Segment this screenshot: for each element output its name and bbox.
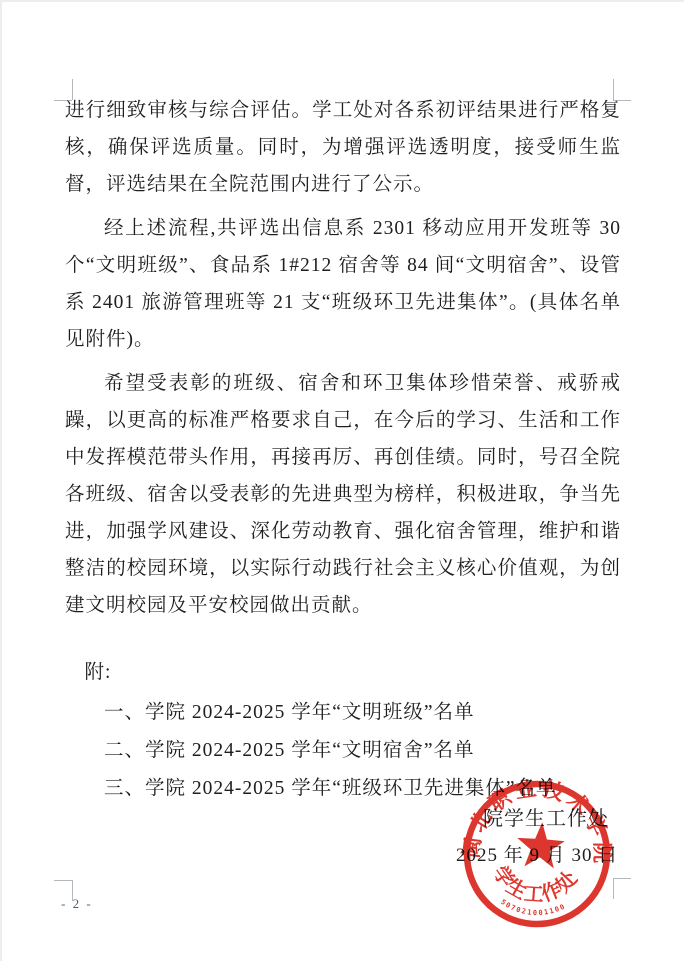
page-number: - 2 -	[61, 896, 93, 912]
document-page: 进行细致审核与综合评估。学工处对各系初评结果进行严格复核，确保评选质量。同时，为…	[0, 0, 684, 961]
document-body: 进行细致审核与综合评估。学工处对各系初评结果进行严格复核，确保评选质量。同时，为…	[65, 92, 621, 808]
svg-text:学生工作处: 学生工作处	[486, 860, 583, 909]
attachment-label: 附:	[65, 654, 621, 692]
body-paragraph: 经上述流程,共评选出信息系 2301 移动应用开发班等 30 个“文明班级”、食…	[65, 210, 621, 358]
attachment-item: 一、学院 2024-2025 学年“文明班级”名单	[65, 694, 621, 732]
official-seal-icon: 闽北职业技术学院 学生工作处 35070210011009	[452, 769, 623, 940]
body-paragraph: 进行细致审核与综合评估。学工处对各系初评结果进行严格复核，确保评选质量。同时，为…	[65, 92, 621, 203]
attachment-item: 二、学院 2024-2025 学年“文明宿舍”名单	[65, 732, 621, 770]
body-paragraph: 希望受表彰的班级、宿舍和环卫集体珍惜荣誉、戒骄戒躁，以更高的标准严格要求自己，在…	[65, 365, 621, 624]
seal-bottom-text: 学生工作处	[486, 860, 583, 909]
seal-star-icon	[515, 821, 566, 869]
